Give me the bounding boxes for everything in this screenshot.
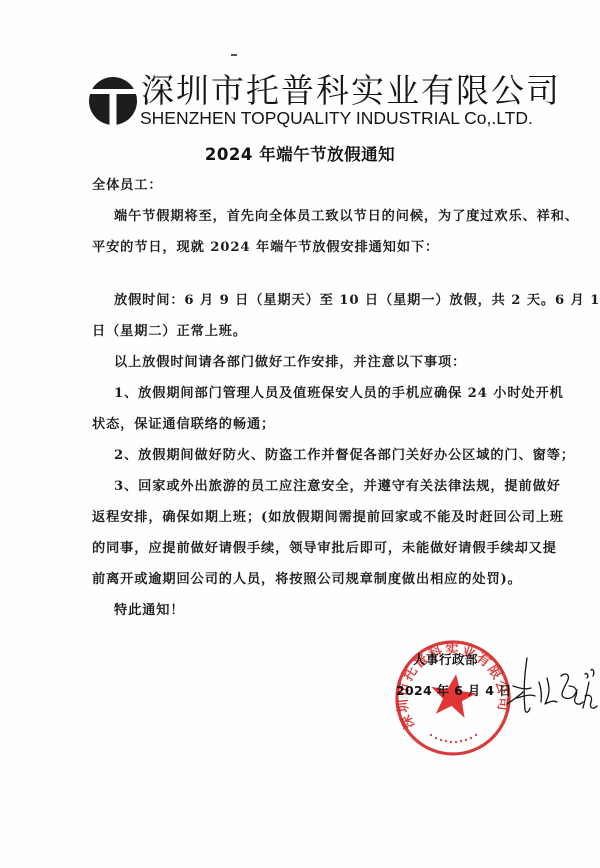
document-page: 深圳市托普科实业有限公司 SHENZHEN TOPQUALITY INDUSTR… [0, 0, 600, 868]
closing-line: 特此通知！ [114, 599, 184, 618]
item-1-line: 1、放假期间部门管理人员及值班保安人员的手机应确保 24 小时处开机 [114, 382, 564, 401]
handwritten-signature-icon [505, 652, 600, 722]
notice-title: 2024 年端午节放假通知 [0, 141, 600, 165]
salutation: 全体员工： [92, 174, 162, 193]
issue-date: 2024 年 6 月 4 日 [396, 681, 512, 699]
holiday-time-line: 日（星期二）正常上班。 [92, 320, 247, 339]
seal-text: 深圳市托普科实业有限公司 [394, 641, 513, 732]
item-1-line: 状态，保证通信联络的畅通； [92, 413, 275, 432]
letterhead: 深圳市托普科实业有限公司 SHENZHEN TOPQUALITY INDUSTR… [88, 72, 528, 128]
company-logo-icon [88, 76, 138, 126]
scan-mark [231, 54, 237, 56]
issuing-department: 人事行政部 [413, 650, 478, 668]
item-3-line: 的同事，应提前做好请假手续，领导审批后即可，未能做好请假手续却又提 [92, 537, 557, 556]
paragraph-line: 平安的节日，现就 2024 年端午节放假安排通知如下： [92, 236, 439, 255]
item-3-line: 前离开或逾期回公司的人员，将按照公司规章制度做出相应的处罚)。 [92, 568, 522, 587]
item-3-line: 3、回家或外出旅游的员工应注意安全，并遵守有关法律法规，提前做好 [114, 475, 561, 494]
svg-text:深圳市托普科实业有限公司: 深圳市托普科实业有限公司 [394, 641, 513, 732]
paragraph-line: 端午节假期将至，首先向全体员工致以节日的问候，为了度过欢乐、祥和、 [114, 205, 579, 224]
company-seal-icon: 深圳市托普科实业有限公司 [393, 638, 513, 758]
company-name-chinese: 深圳市托普科实业有限公司 [141, 72, 561, 110]
company-name-english: SHENZHEN TOPQUALITY INDUSTRIAL Co,.LTD. [140, 108, 533, 128]
item-2-line: 2、放假期间做好防火、防盗工作并督促各部门关好办公区域的门、窗等； [114, 444, 575, 463]
holiday-time-line: 放假时间：6 月 9 日（星期天）至 10 日（星期一）放假，共 2 天。6 月… [114, 289, 600, 308]
paragraph-line: 以上放假时间请各部门做好工作安排，并注意以下事项： [114, 351, 466, 370]
signoff-block: 深圳市托普科实业有限公司 人事行政部 2024 年 6 月 4 日 [0, 0, 600, 868]
item-3-line: 返程安排，确保如期上班；(如放假期间需提前回家或不能及时赶回公司上班 [92, 506, 564, 525]
